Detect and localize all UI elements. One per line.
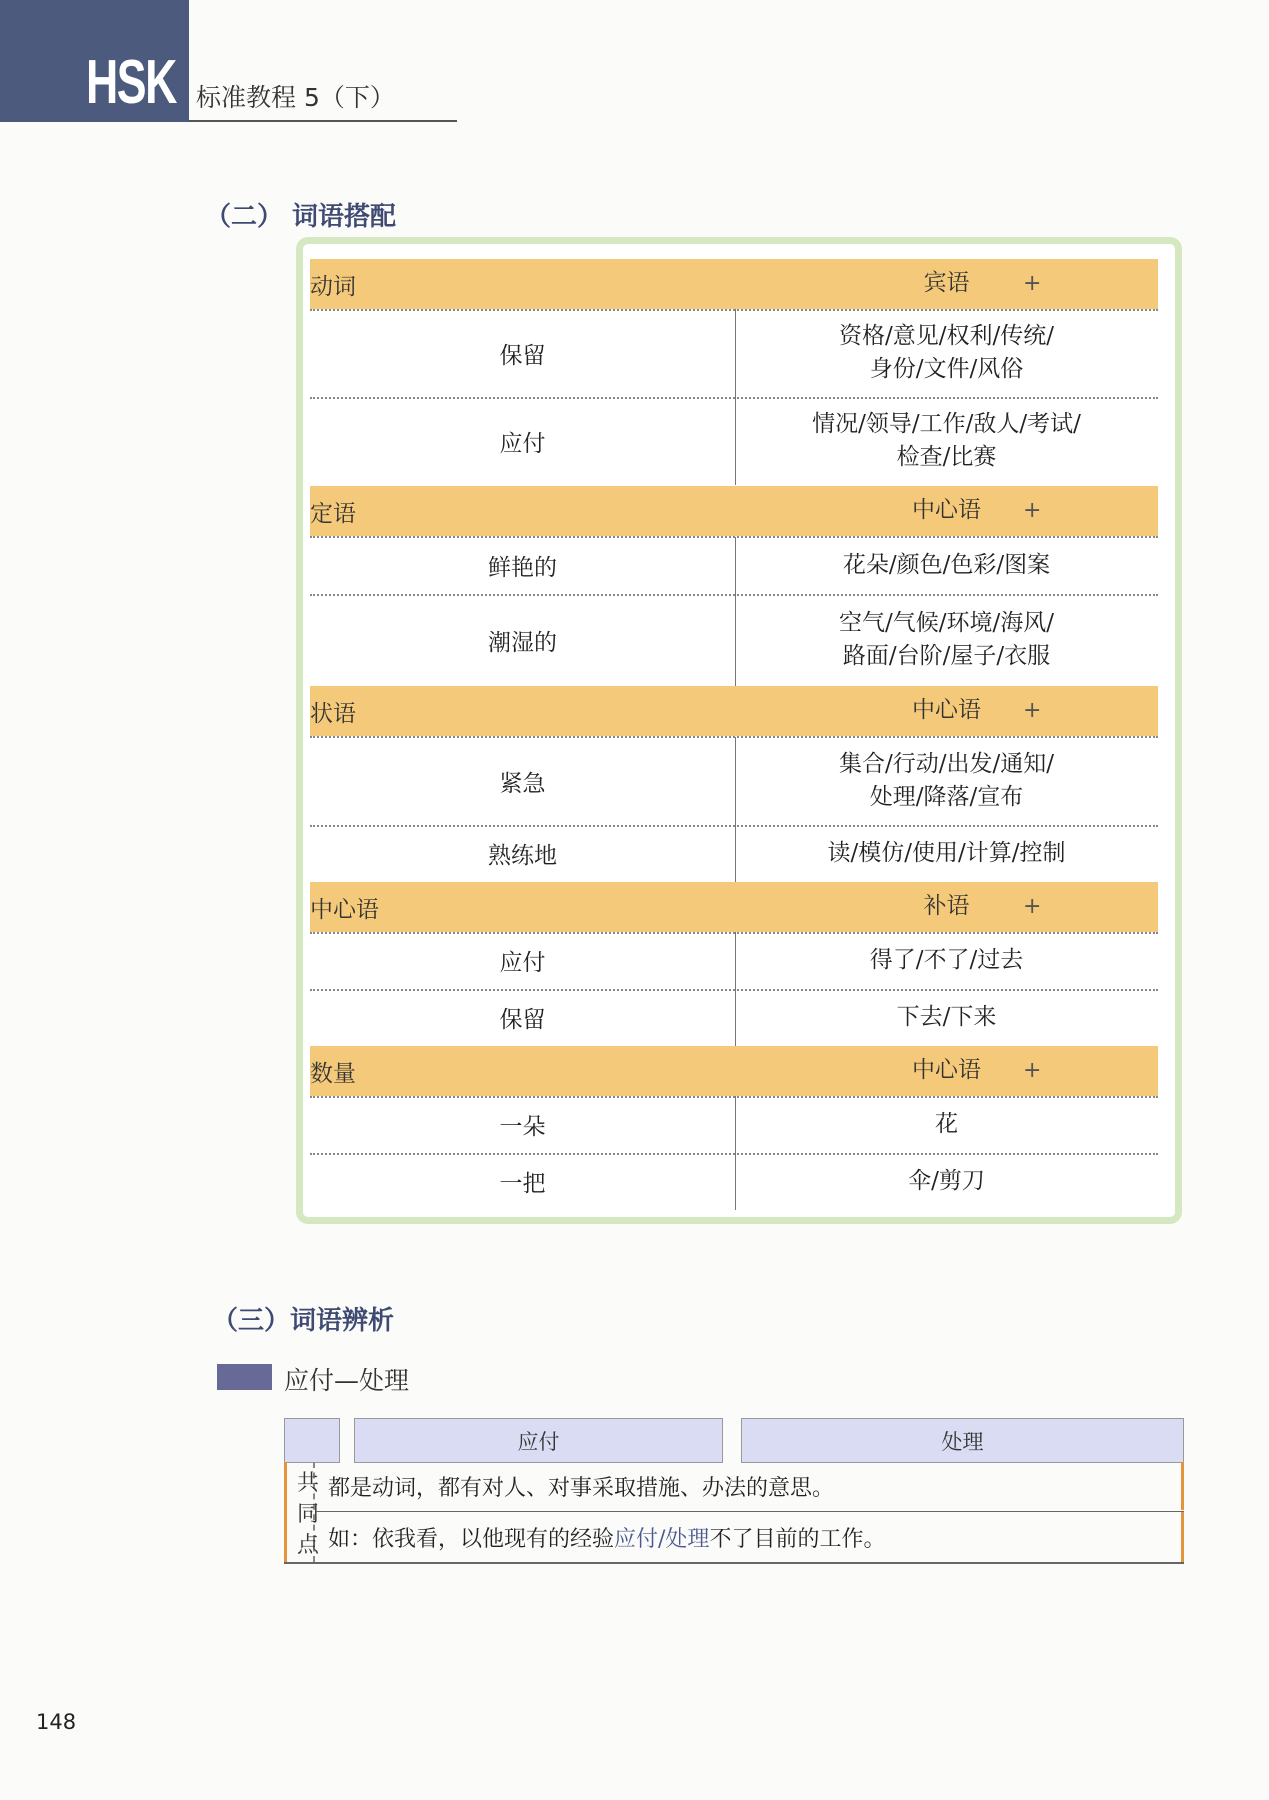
- word: 一朵: [310, 1108, 735, 1141]
- subsection-title: 应付—处理: [284, 1361, 409, 1397]
- word: 应付: [310, 944, 735, 977]
- column-divider: [735, 1096, 736, 1153]
- collocate-line: 下去/下来: [735, 1001, 1158, 1034]
- header-right: 补语: [735, 890, 1158, 923]
- word: 熟练地: [310, 837, 735, 870]
- collocation-row: 应付 情况/领导/工作/敌人/考试/检查/比赛: [310, 397, 1158, 485]
- collocation-row: 鲜艳的 花朵/颜色/色彩/图案: [310, 537, 1158, 594]
- plus-sign: +: [1023, 498, 1041, 523]
- collocates: 空气/气候/环境/海风/路面/台阶/屋子/衣服: [735, 607, 1158, 674]
- word: 应付: [310, 425, 735, 458]
- subsection-badge: [217, 1364, 272, 1390]
- word: 保留: [310, 337, 735, 370]
- collocation-row: 熟练地 读/模仿/使用/计算/控制: [310, 825, 1158, 882]
- compare-header-col2: 处理: [741, 1418, 1184, 1463]
- column-divider: [735, 397, 736, 485]
- collocation-row: 紧急 集合/行动/出发/通知/处理/降落/宣布: [310, 737, 1158, 825]
- column-divider: [735, 537, 736, 594]
- collocate-line: 路面/台阶/屋子/衣服: [735, 640, 1158, 673]
- header-right: 宾语: [735, 267, 1158, 300]
- common-text: 都是动词，都有对人、对事采取措施、办法的意思。: [328, 1471, 834, 1502]
- collocate-line: 花: [735, 1108, 1158, 1141]
- section-3-title: （三）词语辨析: [212, 1300, 394, 1337]
- plus-sign: +: [1023, 698, 1041, 723]
- collocate-line: 花朵/颜色/色彩/图案: [735, 549, 1158, 582]
- plus-sign: +: [1023, 1058, 1041, 1083]
- collocate-line: 集合/行动/出发/通知/: [735, 748, 1158, 781]
- compare-header-col1: 应付: [354, 1418, 723, 1463]
- header-left: 定语: [310, 495, 735, 528]
- example-suffix: 不了目前的工作。: [709, 1522, 885, 1553]
- header-left: 数量: [310, 1055, 735, 1088]
- column-divider: [735, 1153, 736, 1210]
- collocate-line: 处理/降落/宣布: [735, 781, 1158, 814]
- book-title: 标准教程 5（下）: [196, 78, 395, 114]
- collocate-line: 情况/领导/工作/敌人/考试/: [735, 408, 1158, 441]
- collocate-line: 检查/比赛: [735, 441, 1158, 474]
- collocate-line: 伞/剪刀: [735, 1165, 1158, 1198]
- word: 紧急: [310, 765, 735, 798]
- collocate-line: 读/模仿/使用/计算/控制: [735, 837, 1158, 870]
- header-left: 动词: [310, 268, 735, 301]
- section-2-title: （二） 词语搭配: [205, 196, 396, 233]
- collocate-line: 得了/不了/过去: [735, 944, 1158, 977]
- collocation-row: 保留 资格/意见/权利/传统/身份/文件/风俗: [310, 309, 1158, 397]
- collocates: 下去/下来: [735, 1001, 1158, 1034]
- page-number: 148: [36, 1710, 76, 1734]
- collocate-line: 身份/文件/风俗: [735, 353, 1158, 386]
- collocates: 情况/领导/工作/敌人/考试/检查/比赛: [735, 408, 1158, 475]
- collocation-row: 应付 得了/不了/过去: [310, 932, 1158, 989]
- header-right: 中心语: [735, 494, 1158, 527]
- column-divider: [735, 932, 736, 989]
- collocate-line: 资格/意见/权利/传统/: [735, 320, 1158, 353]
- example-row: 如：依我看，以他现有的经验应付/处理不了目前的工作。: [316, 1512, 1184, 1562]
- column-divider: [735, 989, 736, 1046]
- compare-left-border: [284, 1462, 287, 1562]
- header-left: 状语: [310, 695, 735, 728]
- collocates: 伞/剪刀: [735, 1165, 1158, 1198]
- plus-sign: +: [1023, 271, 1041, 296]
- plus-sign: +: [1023, 894, 1041, 919]
- common-text-row: 都是动词，都有对人、对事采取措施、办法的意思。: [316, 1462, 1184, 1510]
- header-right: 中心语: [735, 694, 1158, 727]
- collocates: 花朵/颜色/色彩/图案: [735, 549, 1158, 582]
- word: 鲜艳的: [310, 549, 735, 582]
- header-right: 中心语: [735, 1054, 1158, 1087]
- column-divider: [735, 594, 736, 686]
- collocate-line: 空气/气候/环境/海风/: [735, 607, 1158, 640]
- collocates: 读/模仿/使用/计算/控制: [735, 837, 1158, 870]
- collocation-row: 一朵 花: [310, 1096, 1158, 1153]
- column-divider: [735, 737, 736, 825]
- collocates: 资格/意见/权利/传统/身份/文件/风俗: [735, 320, 1158, 387]
- word: 潮湿的: [310, 624, 735, 657]
- word: 保留: [310, 1001, 735, 1034]
- table-bottom-rule: [284, 1562, 1184, 1564]
- collocation-row: 一把 伞/剪刀: [310, 1153, 1158, 1210]
- header-rule: [189, 120, 457, 122]
- collocates: 花: [735, 1108, 1158, 1141]
- collocation-row: 保留 下去/下来: [310, 989, 1158, 1046]
- collocates: 得了/不了/过去: [735, 944, 1158, 977]
- example-prefix: 如：依我看，以他现有的经验: [328, 1522, 614, 1553]
- example-highlight: 应付/处理: [614, 1522, 709, 1553]
- compare-header-blank: [284, 1418, 340, 1463]
- word: 一把: [310, 1165, 735, 1198]
- collocation-row: 潮湿的 空气/气候/环境/海风/路面/台阶/屋子/衣服: [310, 594, 1158, 686]
- column-divider: [735, 309, 736, 397]
- column-divider: [735, 825, 736, 882]
- header-left: 中心语: [310, 891, 735, 924]
- collocates: 集合/行动/出发/通知/处理/降落/宣布: [735, 748, 1158, 815]
- hsk-logo: HSK: [86, 52, 176, 114]
